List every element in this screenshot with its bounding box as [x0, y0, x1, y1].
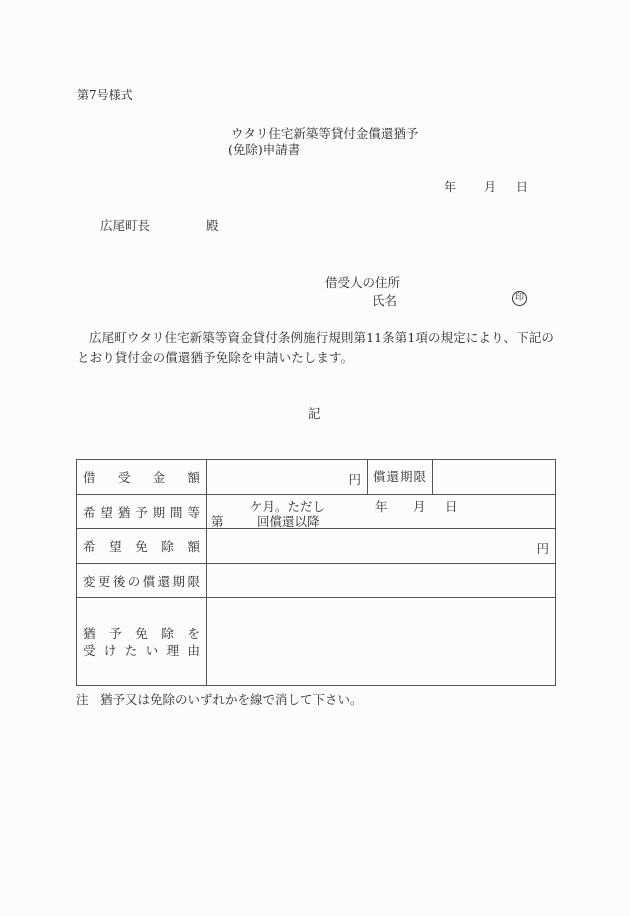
- table-row-new-repayment-deadline: 変 更 後 の 償 還 期 限: [77, 564, 555, 598]
- label-char: 除: [161, 625, 174, 642]
- borrower-name-label: 氏名: [372, 291, 397, 309]
- label-char: 間: [170, 503, 183, 521]
- body-text: 広尾町ウタリ住宅新築等資金貸付条例施行規則第11条第1項の規定により、下記のとお…: [77, 328, 555, 368]
- new-repayment-deadline-field[interactable]: [207, 564, 555, 597]
- label-char: 後: [113, 572, 126, 590]
- label-new-repayment-deadline: 変 更 後 の 償 還 期 限: [77, 564, 207, 597]
- label-char: 更: [98, 572, 111, 590]
- label-char: を: [187, 625, 200, 642]
- yen-unit: 円: [536, 539, 549, 557]
- month-label: 月: [413, 497, 445, 515]
- label-char: け: [104, 642, 117, 659]
- exemption-amount-field[interactable]: 円: [207, 529, 555, 563]
- application-table: 借 受 金 額 円 償還期限 希 望 猶 予 期 間 等: [76, 459, 556, 686]
- label-char: 除: [161, 537, 174, 555]
- label-char: 猶: [83, 625, 96, 642]
- repayment-deadline-label: 償還期限: [367, 460, 433, 494]
- label-char: 額: [187, 537, 200, 555]
- label-char: 猶: [118, 503, 131, 521]
- label-char: 希: [83, 503, 96, 521]
- table-row-loan-amount: 借 受 金 額 円 償還期限: [77, 460, 555, 495]
- borrower-address-label: 借受人の住所: [325, 273, 400, 291]
- nth-suffix: 回償還以降: [257, 514, 320, 529]
- value-loan-amount: 円 償還期限: [207, 460, 555, 494]
- label-char: 金: [153, 468, 166, 486]
- table-row-deferral-period: 希 望 猶 予 期 間 等 ケ月。ただし年月日 第回償還以降: [77, 495, 555, 529]
- label-char: 免: [135, 537, 148, 555]
- label-char: 償: [143, 572, 156, 590]
- label-deferral-period: 希 望 猶 予 期 間 等: [77, 495, 207, 528]
- label-reason: 猶 予 免 除 を 受 け た い 理 由: [77, 598, 207, 686]
- label-exemption-amount: 希 望 免 除 額: [77, 529, 207, 563]
- label-char: 等: [187, 503, 200, 521]
- label-char: 望: [109, 537, 122, 555]
- label-char: 受: [118, 468, 131, 486]
- table-row-exemption-amount: 希 望 免 除 額 円: [77, 529, 555, 564]
- document-title-line2: (免除)申請書: [228, 140, 300, 158]
- nth-prefix: 第: [211, 512, 257, 530]
- label-char: 受: [83, 642, 96, 659]
- label-char: 変: [83, 572, 96, 590]
- addressee-honorific: 殿: [206, 216, 219, 234]
- date-line: 年月日: [444, 178, 528, 195]
- label-char: 希: [83, 537, 96, 555]
- label-char: 期: [153, 503, 166, 521]
- addressee-name: 広尾町長: [100, 218, 150, 233]
- label-char: 期: [173, 572, 186, 590]
- label-char: 額: [187, 468, 200, 486]
- day-label: 日: [516, 178, 528, 195]
- label-char: の: [128, 572, 141, 590]
- footnote: 注猶予又は免除のいずれかを線で消して下さい。: [76, 690, 363, 708]
- reason-field[interactable]: [207, 598, 555, 686]
- label-char: 限: [187, 572, 200, 590]
- note-mark: 注: [76, 690, 100, 708]
- label-char: 予: [109, 625, 122, 642]
- repayment-deadline-field[interactable]: [433, 460, 555, 494]
- note-text: 猶予又は免除のいずれかを線で消して下さい。: [100, 692, 363, 707]
- label-char: た: [125, 642, 138, 659]
- label-char: 理: [167, 642, 180, 659]
- deferral-period-field[interactable]: ケ月。ただし年月日 第回償還以降: [207, 495, 555, 528]
- day-label: 日: [445, 497, 458, 515]
- label-char: 借: [83, 468, 96, 486]
- addressee: 広尾町長殿: [100, 216, 219, 234]
- label-char: 由: [187, 642, 200, 659]
- loan-amount-field[interactable]: 円: [207, 460, 367, 494]
- month-label: 月: [484, 178, 516, 195]
- ki-heading: 記: [308, 404, 321, 422]
- form-number: 第7号様式: [77, 86, 133, 103]
- table-row-reason: 猶 予 免 除 を 受 け た い 理 由: [77, 598, 555, 686]
- year-label: 年: [375, 497, 413, 515]
- label-char: 免: [135, 625, 148, 642]
- deferral-installment-line: 第回償還以降: [211, 512, 320, 530]
- label-loan-amount: 借 受 金 額: [77, 460, 207, 494]
- yen-unit: 円: [348, 470, 361, 488]
- label-char: 還: [158, 572, 171, 590]
- label-char: 望: [100, 503, 113, 521]
- seal-icon: 印: [512, 291, 527, 306]
- label-char: 予: [135, 503, 148, 521]
- label-char: い: [146, 642, 159, 659]
- year-label: 年: [444, 178, 484, 195]
